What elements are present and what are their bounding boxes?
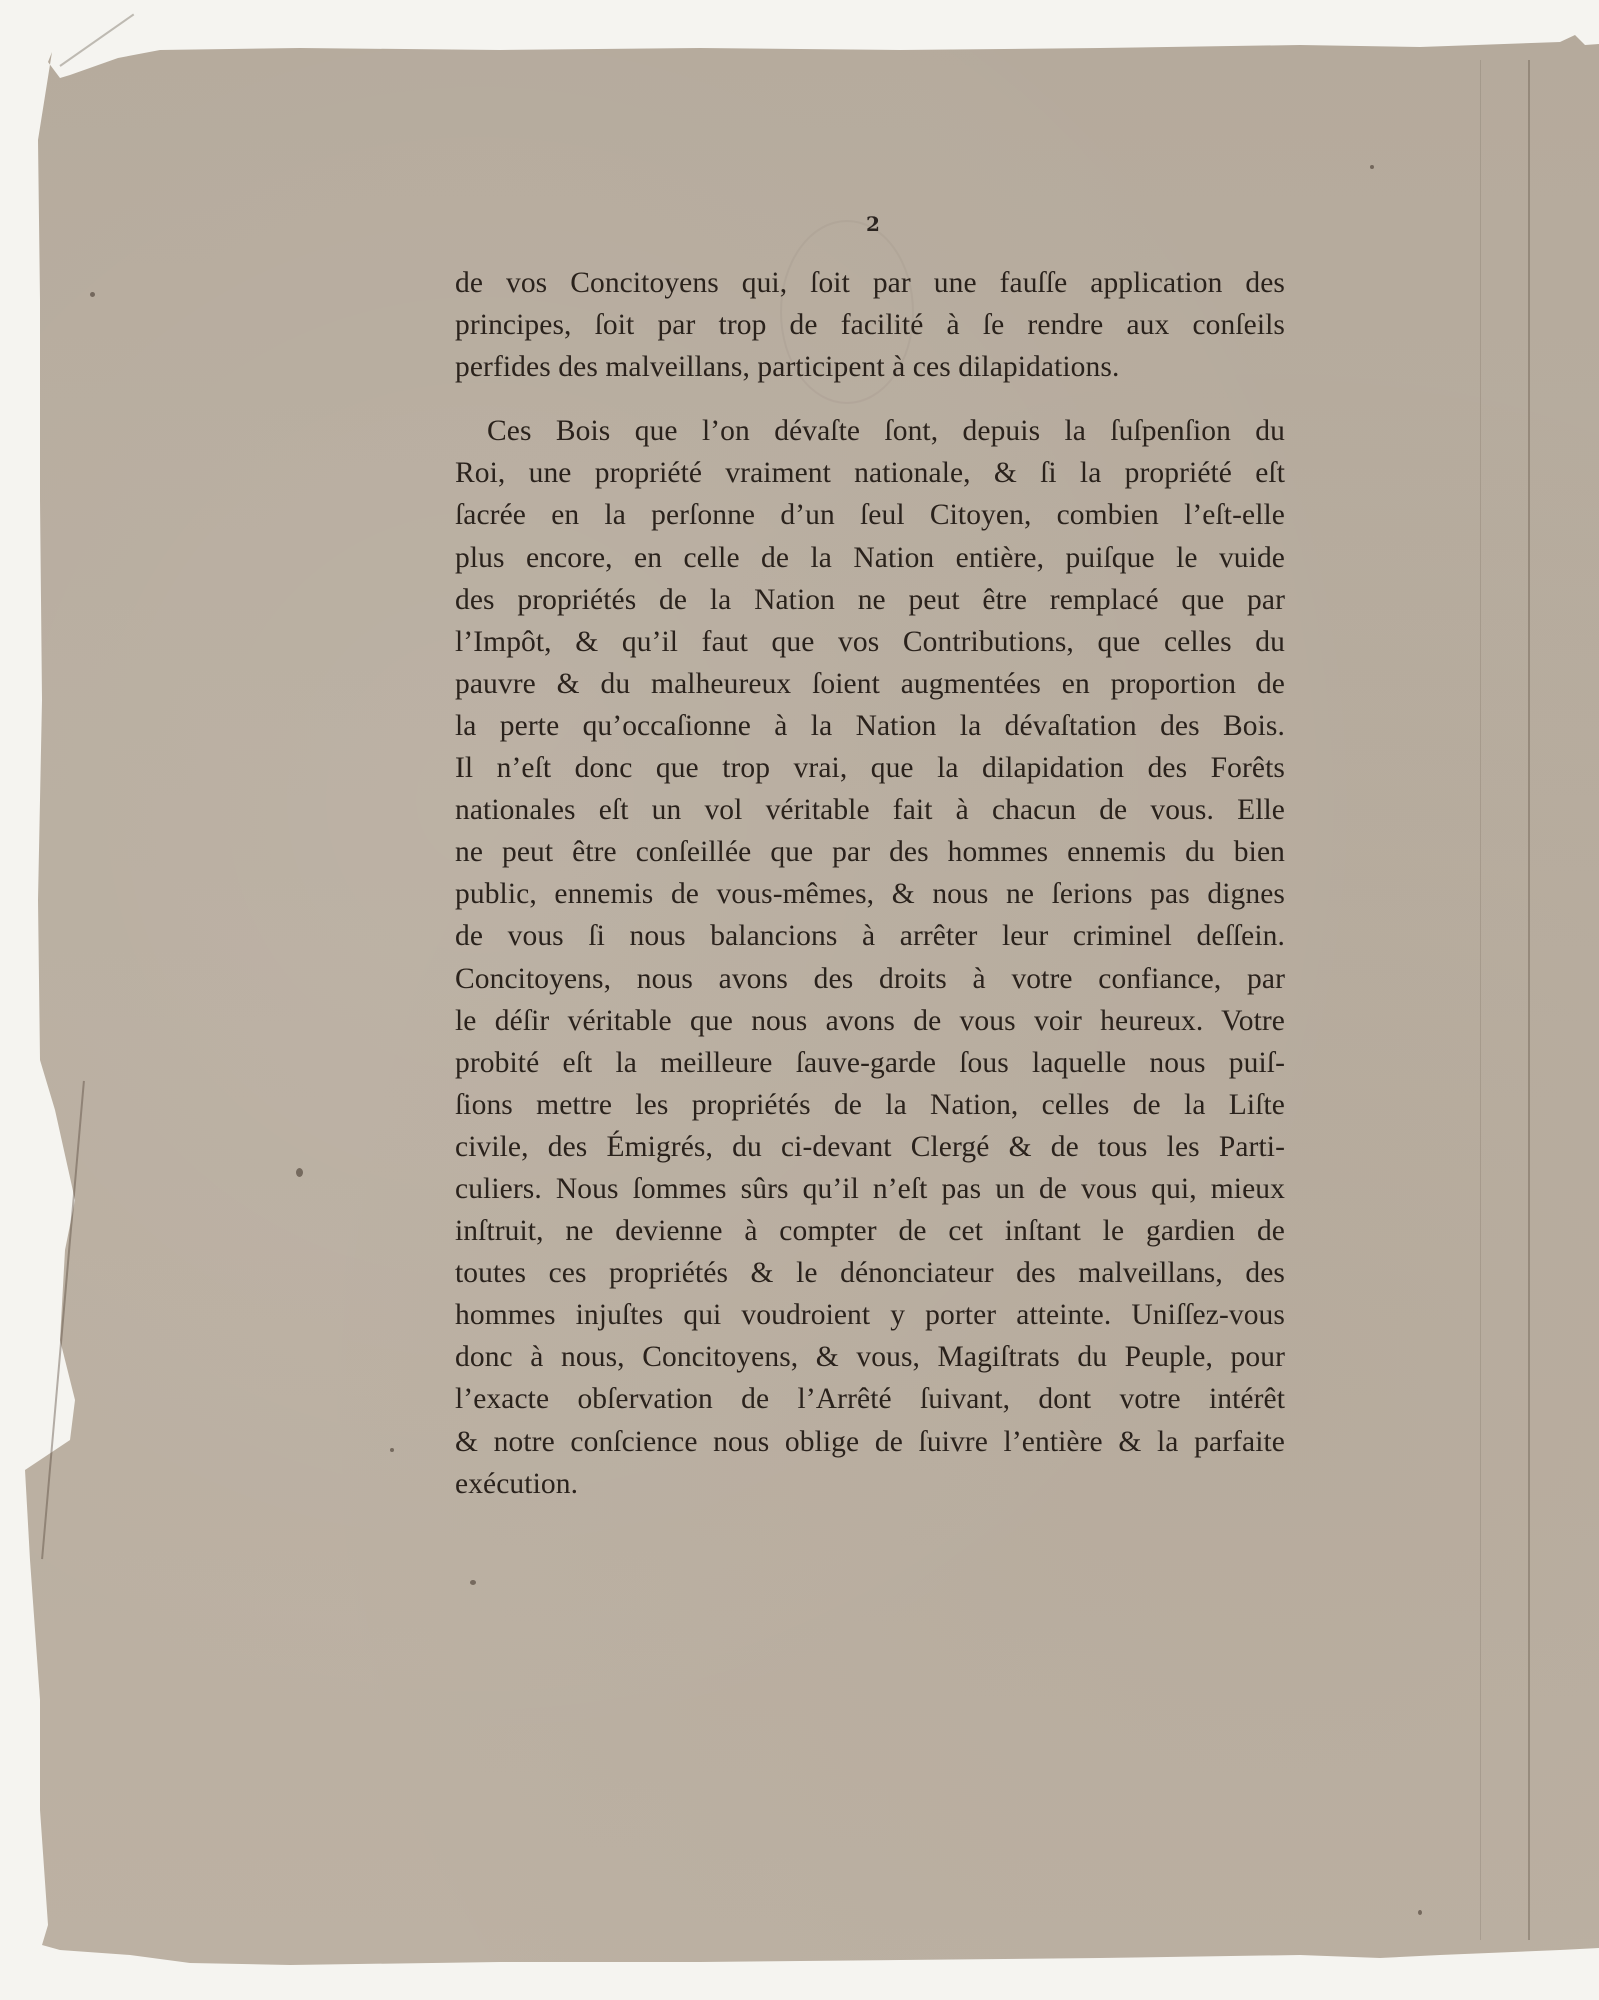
text-line: l’exacte obſervation de l’Arrêté ſuivant… [455,1378,1285,1420]
text-line: nationales eſt un vol véritable fait à c… [455,789,1285,831]
paragraph-2: Ces Bois que l’on dévaſte ſont, depuis l… [455,410,1285,1504]
paragraph-1: de vos Concitoyens qui, ſoit par une fau… [455,262,1285,388]
text-line: ſions mettre les propriétés de la Nation… [455,1084,1285,1126]
text-line: Ces Bois que l’on dévaſte ſont, depuis l… [455,410,1285,452]
text-line: inſtruit, ne devienne à compter de cet i… [455,1210,1285,1252]
text-line: de vos Concitoyens qui, ſoit par une fau… [455,262,1285,304]
text-line: probité eſt la meilleure ſauve-garde ſou… [455,1042,1285,1084]
text-line: le déſir véritable que nous avons de vou… [455,1000,1285,1042]
text-line: des propriétés de la Nation ne peut être… [455,579,1285,621]
text-line: toutes ces propriétés & le dénonciateur … [455,1252,1285,1294]
paper-speck [296,1168,303,1177]
text-line: perfides des malveillans, participent à … [455,346,1285,388]
text-line: l’Impôt, & qu’il faut que vos Contributi… [455,621,1285,663]
paper-speck [1370,165,1374,169]
text-line: hommes injuſtes qui voudroient y porter … [455,1294,1285,1336]
text-line: ne peut être conſeillée que par des homm… [455,831,1285,873]
paper-speck [1418,1910,1422,1915]
text-line: plus encore, en celle de la Nation entiè… [455,537,1285,579]
text-line: Roi, une propriété vraiment nationale, &… [455,452,1285,494]
text-line: de vous ſi nous balancions à arrêter leu… [455,915,1285,957]
scanned-document: 2 de vos Concitoyens qui, ſoit par une f… [0,0,1599,2000]
text-line: ſacrée en la perſonne d’un ſeul Citoyen,… [455,494,1285,536]
text-line: Concitoyens, nous avons des droits à vot… [455,958,1285,1000]
text-line: & notre conſcience nous oblige de ſuivre… [455,1421,1285,1463]
paper-speck [390,1448,394,1452]
text-line: exécution. [455,1463,1285,1505]
text-line: la perte qu’occaſionne à la Nation la dé… [455,705,1285,747]
paper-speck [470,1580,476,1585]
text-line: pauvre & du malheureux ſoient augmentées… [455,663,1285,705]
paper-speck [90,292,95,297]
body-text: de vos Concitoyens qui, ſoit par une fau… [455,262,1285,1505]
text-line: Il n’eſt donc que trop vrai, que la dila… [455,747,1285,789]
text-line: public, ennemis de vous-mêmes, & nous ne… [455,873,1285,915]
text-line: civile, des Émigrés, du ci-devant Clergé… [455,1126,1285,1168]
text-line: principes, ſoit par trop de facilité à ſ… [455,304,1285,346]
paper-fold-line [1528,60,1530,1940]
text-line: donc à nous, Concitoyens, & vous, Magiſt… [455,1336,1285,1378]
text-line: culiers. Nous ſommes sûrs qu’il n’eſt pa… [455,1168,1285,1210]
page-number: 2 [866,212,880,236]
paper-fold-line [1480,60,1481,1940]
